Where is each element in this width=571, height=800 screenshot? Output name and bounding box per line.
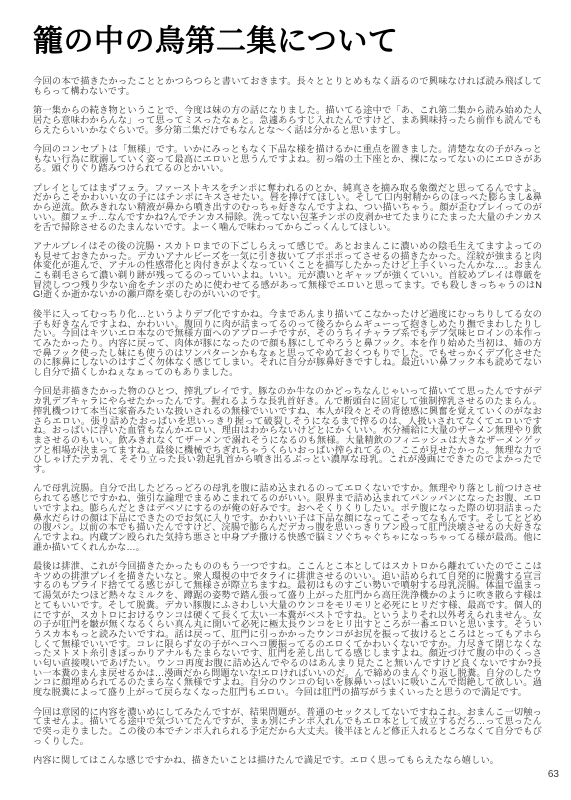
body-paragraph: 第一集からの続き物ということで、今度は妹の方の話になりました。描いてる途中で「あ… [33, 106, 542, 135]
body-paragraph: アナルプレイはその後の浣腸・スカトロまでの下ごしらえって感じで。あとおまんこに濃… [33, 242, 542, 300]
body-paragraph: 今回のコンセプトは「無様」です。いかにみっともなく下品な様を描けるかに重点を置き… [33, 145, 542, 174]
body-paragraph: 今回の本で描きたかったこととかつらつらと書いておきます。長々ととりとめもなく語る… [33, 77, 542, 96]
body-paragraph: 今回是非描きたかった物のひとつ、搾乳プレイです。豚なのか牛なのかどっちなんじゃい… [33, 387, 542, 474]
page-number: 63 [548, 769, 559, 780]
body-text: 今回の本で描きたかったこととかつらつらと書いておきます。長々ととりとめもなく語る… [33, 77, 542, 766]
body-paragraph: 最後は排泄、これが今回描きたかったもののもう一つですね。ここんとこ本としてはスカ… [33, 562, 542, 698]
body-paragraph: 内容に関してはこんな感じですかね、描きたいことは描けたんで満足です。エロく思って… [33, 756, 542, 766]
body-paragraph: プレイとしてはまずフェラ。ファーストキスをチンポに奪われるのとか、純真さを摘み取… [33, 184, 542, 233]
page-title: 籠の中の鳥第二集について [33, 24, 542, 60]
page-content: 籠の中の鳥第二集について 今回の本で描きたかったこととかつらつらと書いておきます… [33, 24, 542, 766]
body-paragraph: んで母乳浣腸。自分で出したどろっどろの母乳を腹に詰め込まれるのってエロくないです… [33, 484, 542, 552]
body-paragraph: 後半に入ってむっちり化…というよりデブ化ですかね。今まであんまり描いてこなかった… [33, 310, 542, 378]
document-page: 籠の中の鳥第二集について 今回の本で描きたかったこととかつらつらと書いておきます… [0, 0, 571, 800]
body-paragraph: 今回は意図的に内容を濃いめにしてみたんですが、結果問題が。普通のセックスしてない… [33, 708, 542, 747]
